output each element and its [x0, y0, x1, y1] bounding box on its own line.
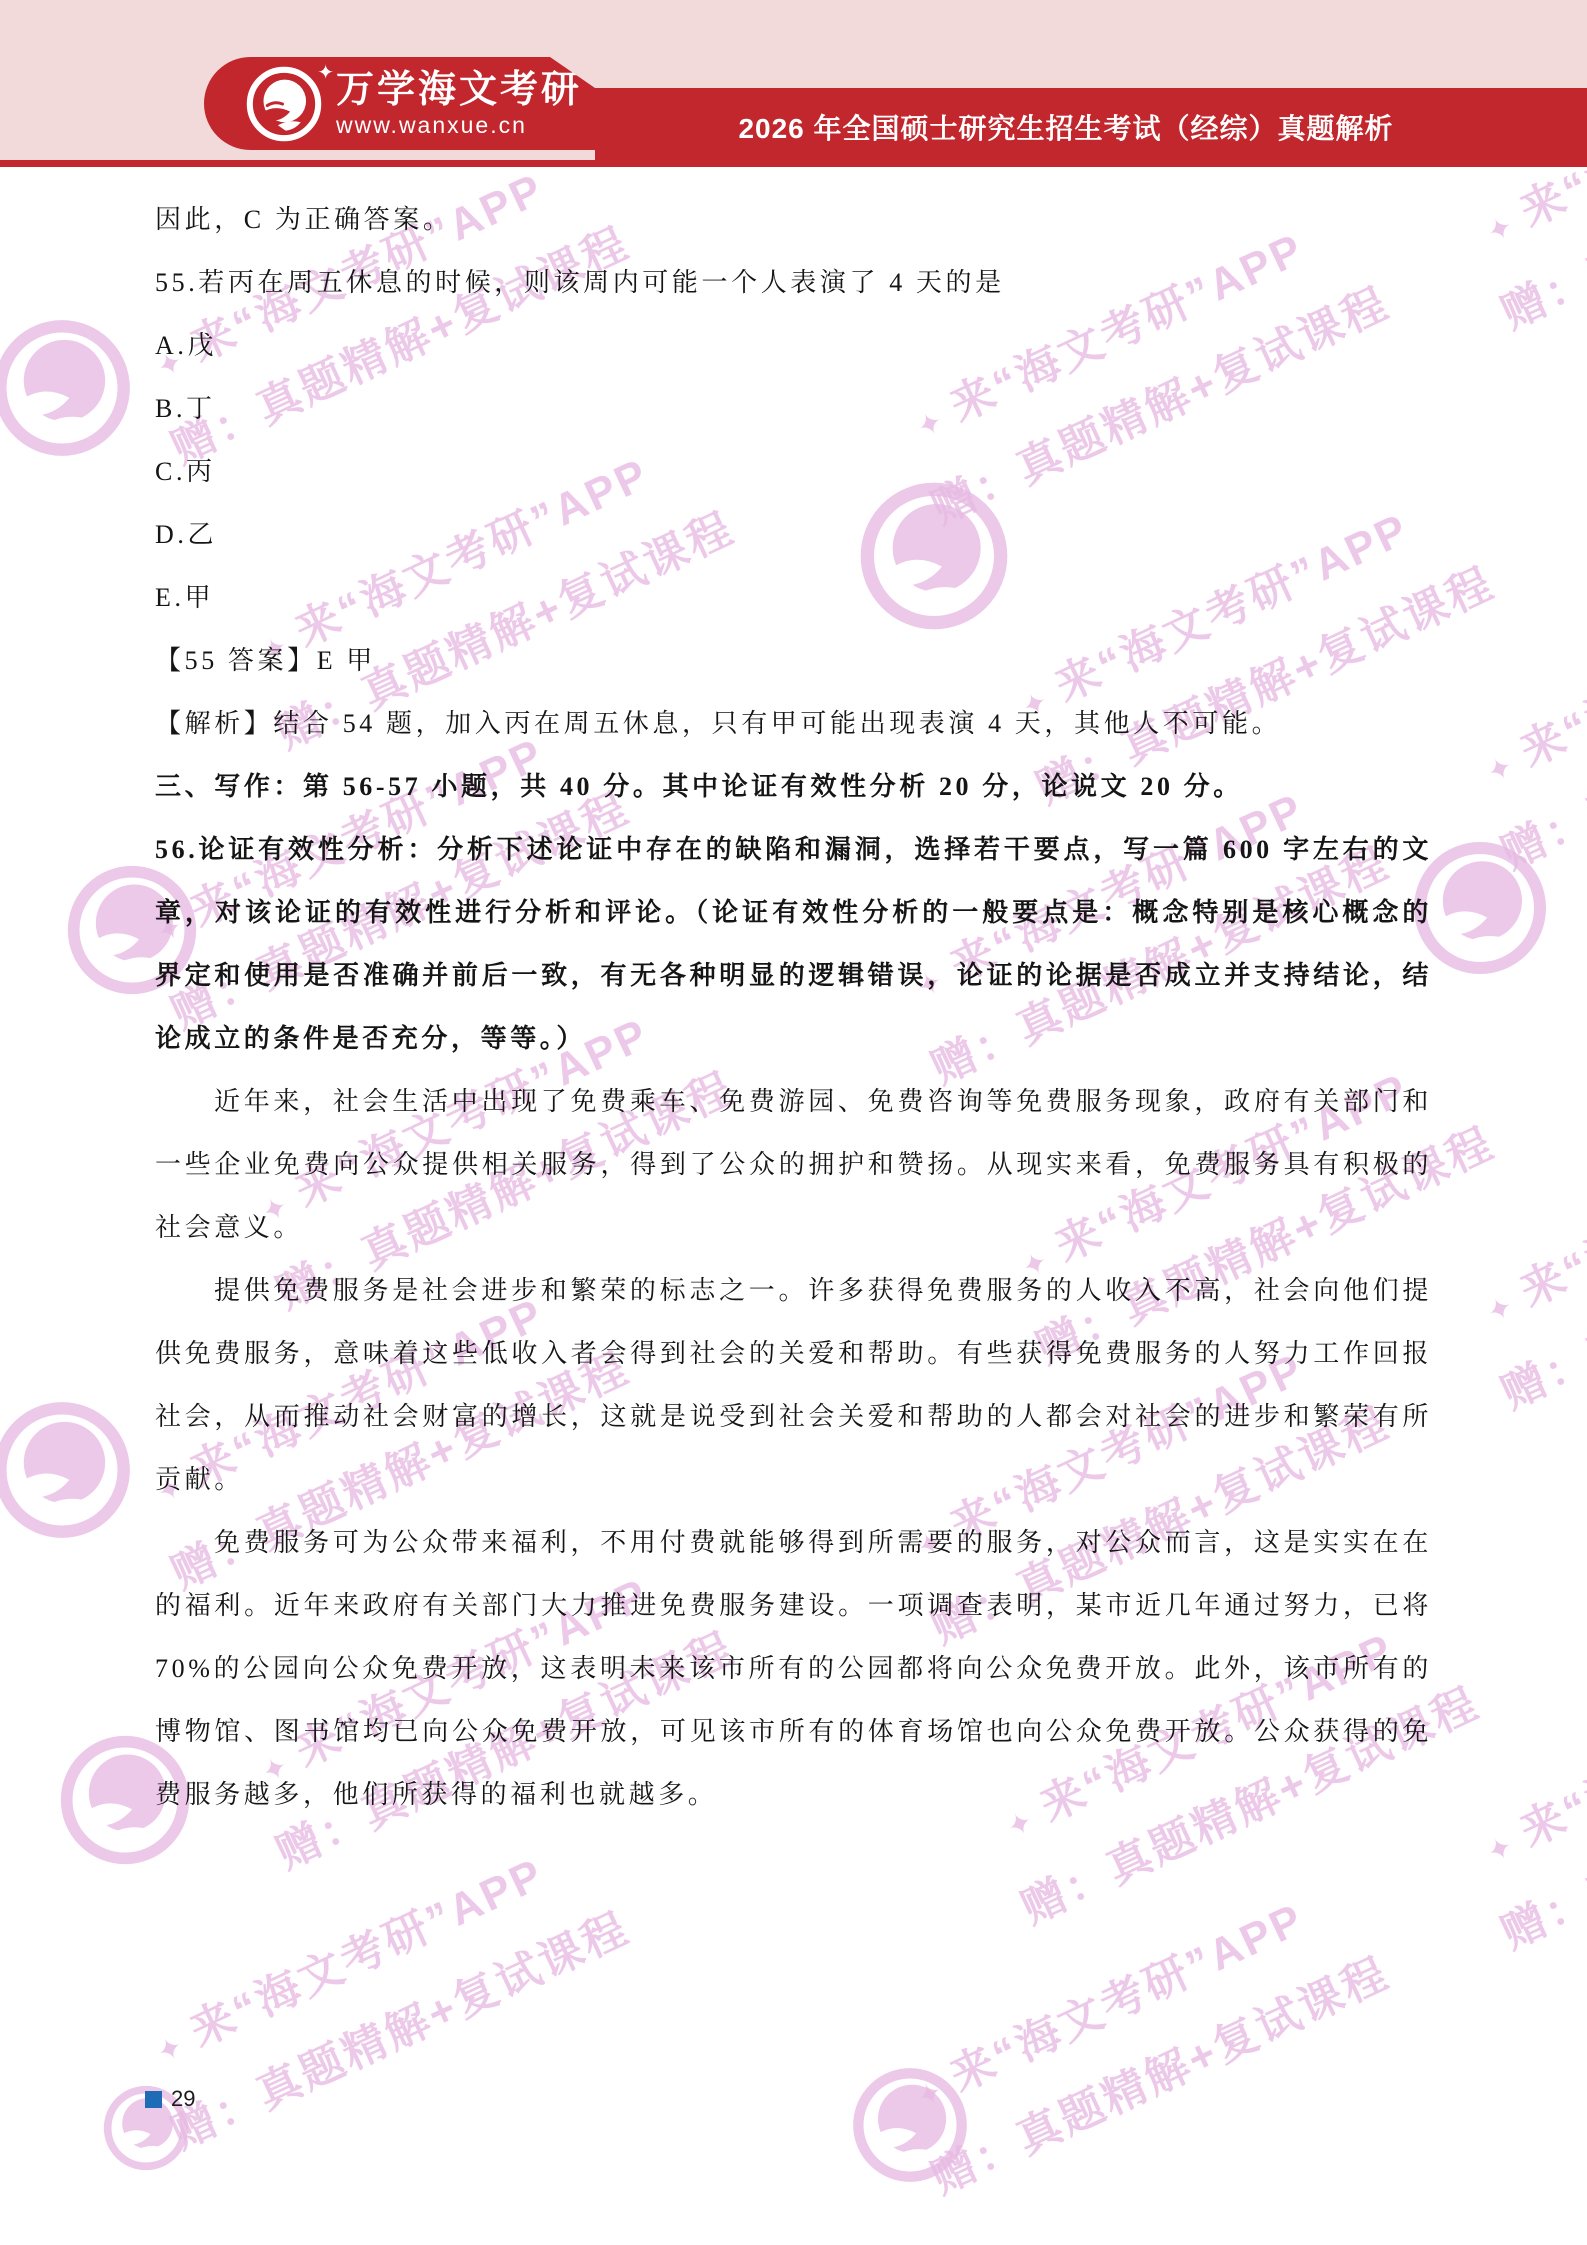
watermark-text: ✦来“海文考研”APP赠：真题精解+复试课程: [1470, 1073, 1587, 1425]
watermark-text: ✦来“海文考研”APP赠：真题精解+复试课程: [1470, 533, 1587, 885]
q55-option-b: B.丁: [155, 377, 1432, 440]
sparkle-icon: ✦: [911, 2073, 951, 2117]
sparkle-icon: ✦: [1481, 1828, 1521, 1872]
q55-option-a: A.戊: [155, 314, 1432, 377]
page-footer: 29: [145, 2086, 195, 2112]
watermark-text: ✦来“海文考研”APP赠：真题精解+复试课程: [1470, 1613, 1587, 1965]
essay-paragraph-2: 提供免费服务是社会进步和繁荣的标志之一。许多获得免费服务的人收入不高，社会向他们…: [155, 1259, 1432, 1511]
q55-option-c: C.丙: [155, 440, 1432, 503]
answer-note-line: 因此，C 为正确答案。: [155, 188, 1432, 251]
q56-intro: 56.论证有效性分析：分析下述论证中存在的缺陷和漏洞，选择若干要点，写一篇 60…: [155, 818, 1432, 1070]
brand-website: www.wanxue.cn: [336, 114, 582, 137]
essay-paragraph-1: 近年来，社会生活中出现了免费乘车、免费游园、免费咨询等免费服务现象，政府有关部门…: [155, 1070, 1432, 1259]
watermark-text: ✦来“海文考研”APP赠：真题精解+复试课程: [900, 1858, 1404, 2210]
page-number: 29: [171, 2086, 195, 2112]
page-number-marker: [145, 2091, 162, 2108]
section-heading: 三、写作：第 56-57 小题，共 40 分。其中论证有效性分析 20 分，论说…: [155, 755, 1432, 818]
q55-option-e: E.甲: [155, 566, 1432, 629]
header-banner: 2026 年全国硕士研究生招生考试（经综）真题解析: [595, 88, 1587, 166]
wanxue-bird-emblem-watermark-icon: [848, 2063, 972, 2192]
document-title: 2026 年全国硕士研究生招生考试（经综）真题解析: [738, 107, 1443, 147]
wanxue-bird-emblem-watermark-icon: [0, 314, 136, 467]
sparkle-icon: ✦: [1481, 1288, 1521, 1332]
watermark-text: ✦来“海文考研”APP赠：真题精解+复试课程: [140, 1813, 644, 2165]
sparkle-icon: ✦: [317, 60, 334, 84]
brand-name: 万学海文考研: [336, 71, 582, 109]
essay-paragraph-3: 免费服务可为公众带来福利，不用付费就能够得到所需要的服务，对公众而言，这是实实在…: [155, 1511, 1432, 1826]
q55-analysis: 【解析】结合 54 题，加入丙在周五休息，只有甲可能出现表演 4 天，其他人不可…: [155, 692, 1432, 755]
q55-stem: 55.若丙在周五休息的时候，则该周内可能一个人表演了 4 天的是: [155, 251, 1432, 314]
brand-logo: ✦ 万学海文考研 www.wanxue.cn: [204, 57, 595, 150]
sparkle-icon: ✦: [151, 2028, 191, 2072]
wanxue-bird-emblem-watermark-icon: [0, 1396, 136, 1549]
sparkle-icon: ✦: [1481, 208, 1521, 252]
q55-option-d: D.乙: [155, 503, 1432, 566]
q55-answer: 【55 答案】E 甲: [155, 629, 1432, 692]
sparkle-icon: ✦: [1481, 748, 1521, 792]
document-body: 因此，C 为正确答案。 55.若丙在周五休息的时候，则该周内可能一个人表演了 4…: [155, 188, 1432, 1826]
wanxue-bird-emblem-icon: ✦: [246, 66, 322, 142]
